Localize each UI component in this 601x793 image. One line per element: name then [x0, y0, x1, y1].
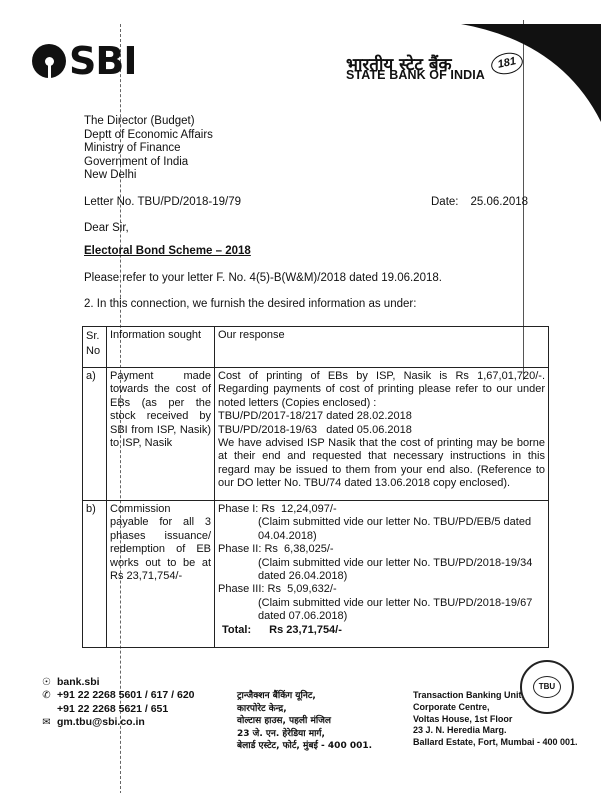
email-row: ✉ gm.tbu@sbi.co.in	[40, 716, 195, 729]
footer-contacts: ☉ bank.sbi ✆ +91 22 2268 5601 / 617 / 62…	[40, 676, 195, 729]
email-link[interactable]: gm.tbu@sbi.co.in	[57, 716, 145, 729]
address-line: बेलार्ड एस्टेट, फोर्ट, मुंबई - 400 001.	[237, 740, 372, 753]
date-label: Date:	[431, 196, 459, 208]
address-line: वोल्टास हाउस, पहली मंजिल	[237, 715, 372, 728]
header-sr-no: Sr. No	[83, 327, 107, 368]
header-information-sought: Information sought	[107, 327, 215, 368]
table-header-row: Sr. No Information sought Our response	[83, 327, 549, 368]
reference-paragraph: Please refer to your letter F. No. 4(5)-…	[84, 272, 442, 284]
address-line: ट्रान्जैक्शन बैंकिंग यूनिट,	[237, 690, 372, 703]
recipient-line: Deptt of Economic Affairs	[84, 129, 213, 143]
recipient-line: Government of India	[84, 156, 213, 170]
recipient-address: The Director (Budget) Deptt of Economic …	[84, 115, 213, 183]
letter-number: Letter No. TBU/PD/2018-19/79	[84, 196, 241, 208]
address-line: Ballard Estate, Fort, Mumbai - 400 001.	[413, 737, 578, 749]
website-link[interactable]: bank.sbi	[57, 676, 100, 689]
sbi-logo: SBI	[32, 42, 136, 80]
response-line: TBU/PD/2018-19/63 dated 05.06.2018	[218, 424, 545, 437]
total-value: Rs 23,71,754/-	[269, 624, 342, 636]
total-label: Total:	[222, 624, 251, 636]
response-line: TBU/PD/2017-18/217 dated 28.02.2018	[218, 410, 545, 423]
logo-text: SBI	[69, 42, 136, 80]
footer-address-hindi: ट्रान्जैक्शन बैंकिंग यूनिट, कारपोरेट केन…	[237, 690, 372, 753]
table-row: a) Payment made towards the cost of EBs …	[83, 368, 549, 501]
date-value: 25.06.2018	[471, 196, 529, 208]
phase-amount: Phase I: Rs 12,24,097/-	[218, 503, 545, 516]
recipient-line: Ministry of Finance	[84, 142, 213, 156]
header-our-response: Our response	[215, 327, 549, 368]
row-sr: b)	[83, 501, 107, 648]
phase-claim: (Claim submitted vide our letter No. TBU…	[218, 557, 545, 584]
address-line: Voltas House, 1st Floor	[413, 714, 578, 726]
recipient-line: The Director (Budget)	[84, 115, 213, 129]
row-info: Payment made towards the cost of EBs (as…	[107, 368, 215, 501]
recipient-line: New Delhi	[84, 169, 213, 183]
address-line: 23 जे. एन. हेरेडिया मार्ग,	[237, 728, 372, 741]
address-line: कारपोरेट केन्द्र,	[237, 703, 372, 716]
row-response: Cost of printing of EBs by ISP, Nasik is…	[215, 368, 549, 501]
sbi-keyhole-icon	[32, 44, 66, 78]
total-amount: Total:Rs 23,71,754/-	[218, 624, 545, 637]
phone-number-2: +91 22 2268 5621 / 651	[40, 703, 195, 716]
letter-date: Date:25.06.2018	[431, 196, 528, 208]
phone-number-1: +91 22 2268 5601 / 617 / 620	[57, 689, 195, 702]
row-info: Commission payable for all 3 phases issu…	[107, 501, 215, 648]
phase-amount: Phase III: Rs 5,09,632/-	[218, 583, 545, 596]
subject-heading: Electoral Bond Scheme – 2018	[84, 245, 251, 257]
corner-decoration	[461, 22, 601, 122]
phase-claim: (Claim submitted vide our letter No. TBU…	[218, 597, 545, 624]
office-stamp: TBU	[520, 660, 574, 714]
envelope-icon: ✉	[40, 716, 53, 729]
salutation: Dear Sir,	[84, 222, 129, 234]
row-response: Phase I: Rs 12,24,097/- (Claim submitted…	[215, 501, 549, 648]
phone-icon: ✆	[40, 689, 53, 702]
globe-icon: ☉	[40, 676, 53, 689]
stamp-text: TBU	[533, 676, 561, 698]
row-sr: a)	[83, 368, 107, 501]
phase-claim: (Claim submitted vide our letter No. TBU…	[218, 516, 545, 543]
phone-row: ✆ +91 22 2268 5601 / 617 / 620	[40, 689, 195, 702]
table-row: b) Commission payable for all 3 phases i…	[83, 501, 549, 648]
response-line: We have advised ISP Nasik that the cost …	[218, 437, 545, 491]
website-row: ☉ bank.sbi	[40, 676, 195, 689]
address-line: 23 J. N. Heredia Marg.	[413, 725, 578, 737]
phase-amount: Phase II: Rs 6,38,025/-	[218, 543, 545, 556]
intro-paragraph: 2. In this connection, we furnish the de…	[84, 298, 416, 310]
response-line: Cost of printing of EBs by ISP, Nasik is…	[218, 370, 545, 410]
response-table: Sr. No Information sought Our response a…	[82, 326, 549, 648]
